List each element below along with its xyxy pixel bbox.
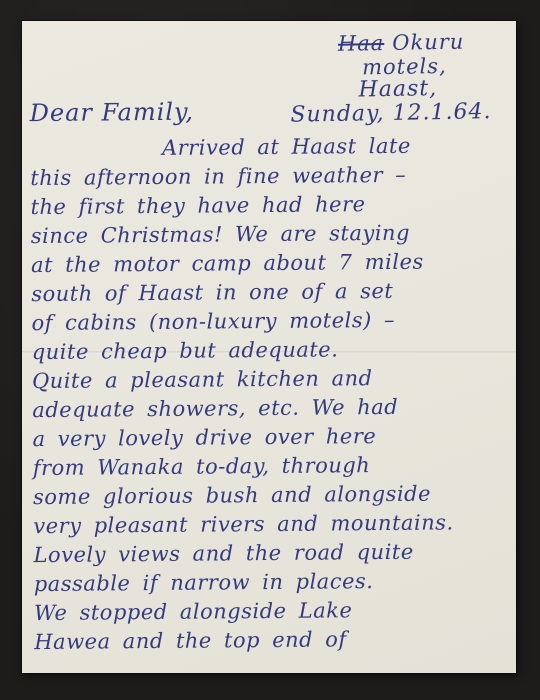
- header-address-word: Okuru: [392, 30, 464, 55]
- body-line: south of Haast in one of a set: [31, 276, 507, 309]
- body-line: a very lovely drive over here: [32, 421, 508, 454]
- body-line: some glorious bush and alongside: [33, 479, 509, 512]
- body-line: very pleasant rivers and mountains.: [33, 508, 509, 541]
- body-line: adequate showers, etc. We had: [32, 392, 508, 425]
- body-line: of cabins (non-luxury motels) –: [31, 305, 507, 338]
- body-line: at the motor camp about 7 miles: [31, 247, 507, 280]
- body-line: Lovely views and the road quite: [33, 537, 509, 570]
- body-line: Quite a pleasant kitchen and: [32, 363, 508, 396]
- salutation: Dear Family,: [30, 95, 506, 135]
- header-address-line-1: HaaOkuru: [338, 30, 465, 56]
- body-line: since Christmas! We are staying: [31, 218, 507, 251]
- letter-page: HaaOkuru motels, Haast, Sunday, 12.1.64.…: [22, 21, 516, 673]
- body-line: passable if narrow in places.: [34, 566, 510, 599]
- body-line: Arrived at Haast late: [30, 131, 506, 164]
- body-line: We stopped alongside Lake: [34, 595, 510, 628]
- body-line: quite cheap but adequate.: [32, 334, 508, 367]
- letter-header: HaaOkuru motels, Haast, Sunday, 12.1.64.: [22, 23, 516, 32]
- body-line: Hawea and the top end of: [34, 624, 510, 657]
- letter-text: Dear Family, Arrived at Haast late this …: [30, 95, 511, 657]
- body-line: the first they have had here: [30, 189, 506, 222]
- crossed-out-word: Haa: [338, 31, 385, 56]
- body-line: from Wanaka to-day, through: [33, 450, 509, 483]
- body-line: this afternoon in fine weather –: [30, 160, 506, 193]
- letter-body: Arrived at Haast late this afternoon in …: [30, 131, 511, 657]
